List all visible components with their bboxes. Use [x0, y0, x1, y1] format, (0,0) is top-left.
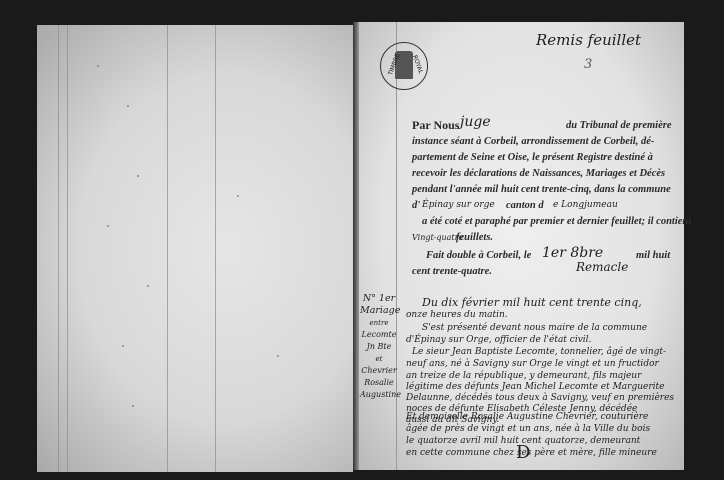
book-gutter: [353, 22, 359, 470]
right-page-register: TIMBRE ROYAL Remis feuillet 3 Par Nous j…: [356, 22, 684, 470]
tax-stamp-seal: TIMBRE ROYAL: [380, 42, 428, 90]
ruled-line: [67, 25, 68, 472]
left-page-blank: [37, 25, 353, 472]
page-mark: D: [516, 442, 530, 463]
ruled-line: [167, 25, 168, 472]
ruled-line: [215, 25, 216, 472]
entry-line: Et demoiselle Rosalie Augustine Chevrier…: [406, 412, 648, 422]
entry-line: en cette commune chez ses père et mère, …: [406, 448, 657, 458]
folio-number: 3: [584, 57, 592, 72]
signature: Remacle: [576, 260, 628, 274]
ruled-line: [58, 25, 59, 472]
margin-note: N° 1er Mariage entre Lecomte Jn Bte et C…: [360, 293, 398, 401]
header-annotation: Remis feuillet: [536, 31, 641, 49]
entry-line: âgée de près de vingt et un ans, née à l…: [406, 424, 650, 434]
